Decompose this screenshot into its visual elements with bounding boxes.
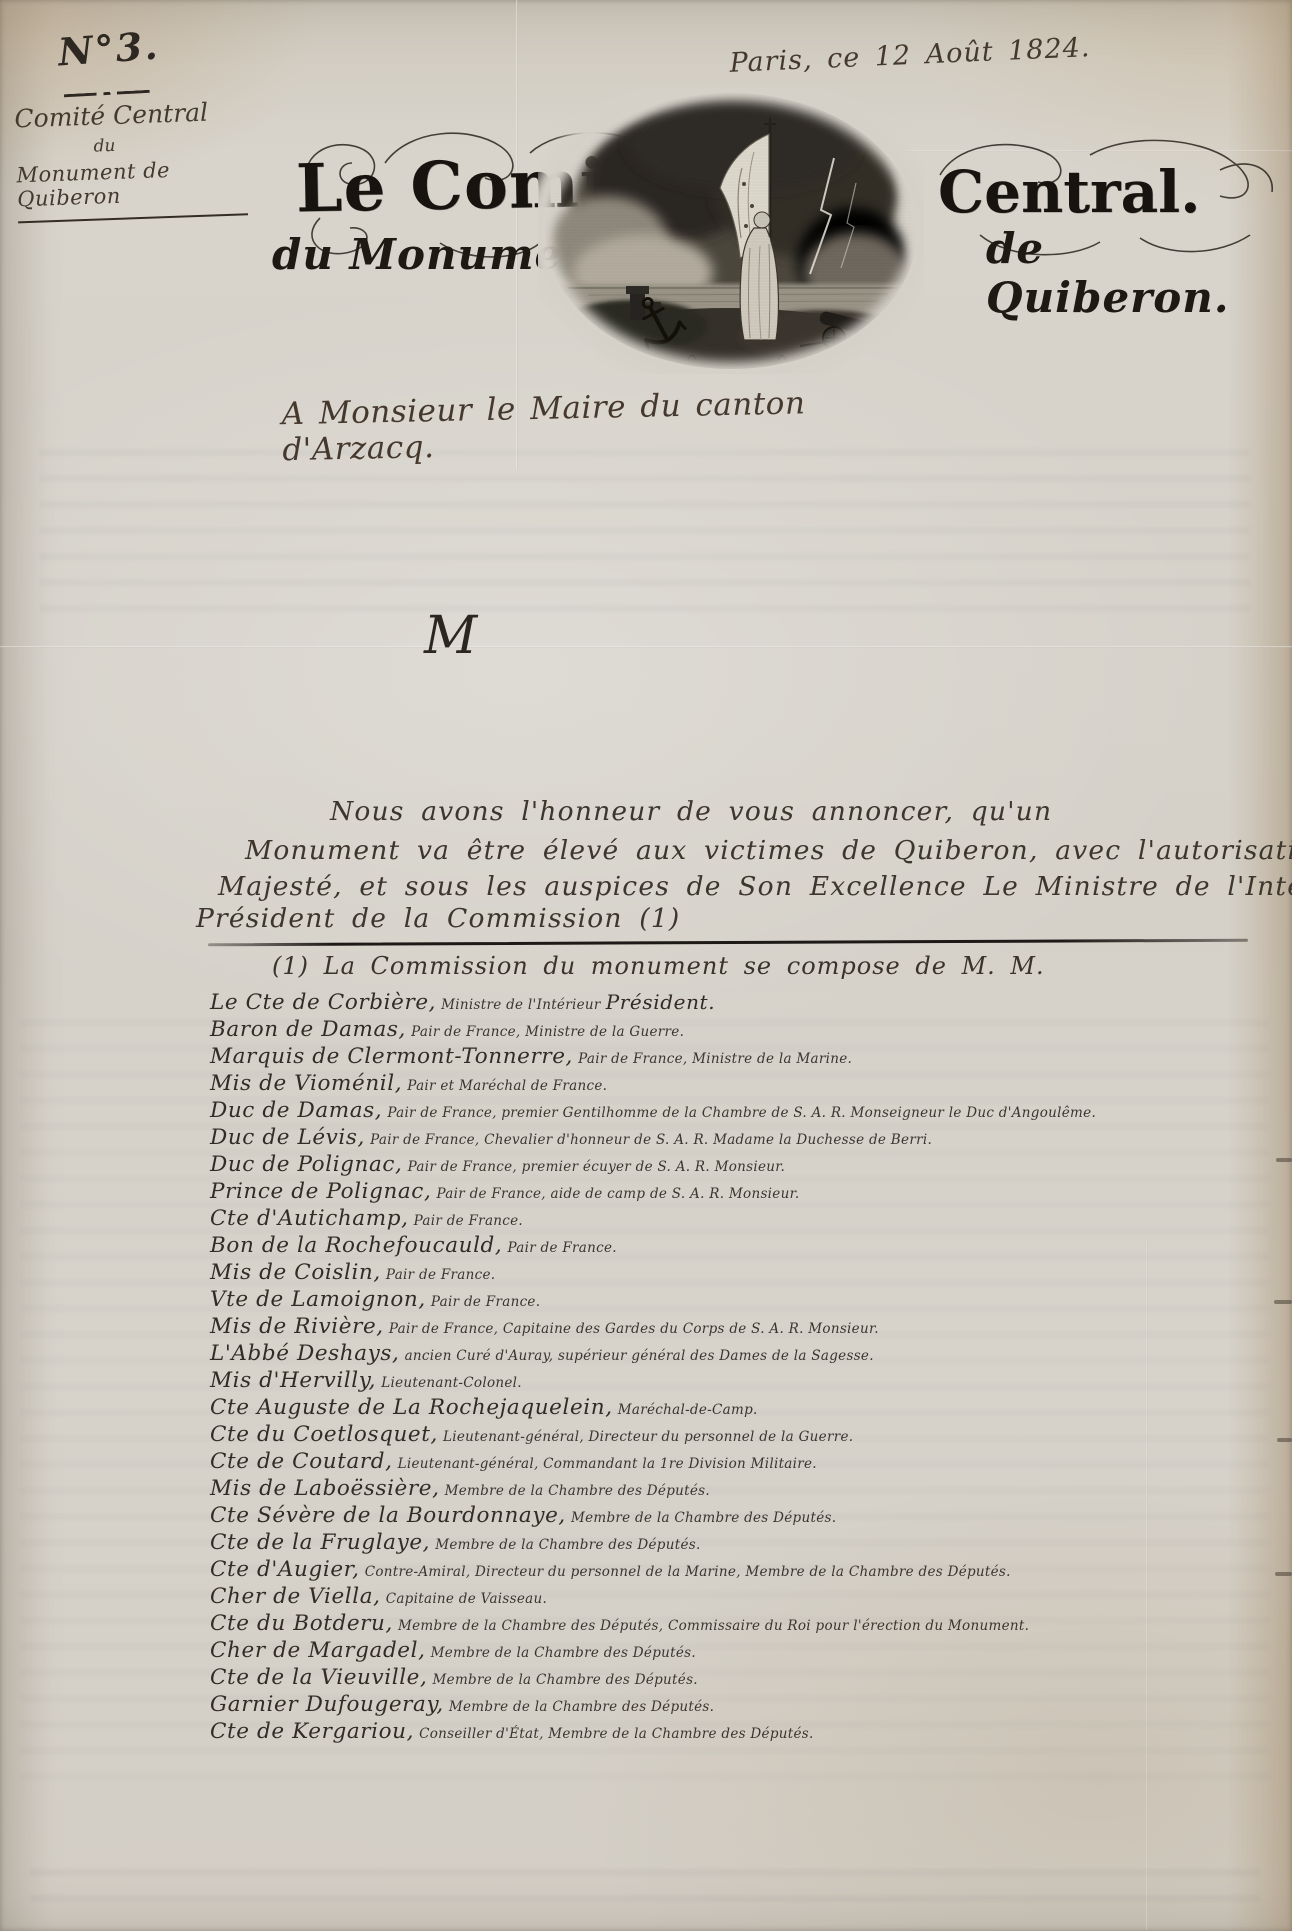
member-name: Mis d'Hervilly, <box>210 1368 376 1393</box>
commission-member-row: Cte de la Fruglaye, Membre de la Chambre… <box>210 1530 1270 1557</box>
body-line-1: Nous avons l'honneur de vous annoncer, q… <box>330 796 1052 827</box>
member-name: Mis de Coislin, <box>210 1260 381 1285</box>
commission-member-row: Mis de Vioménil, Pair et Maréchal de Fra… <box>210 1071 1270 1098</box>
member-name: Cher de Viella, <box>210 1584 381 1609</box>
member-name: Cte de la Vieuville, <box>210 1665 427 1690</box>
commission-member-row: L'Abbé Deshays, ancien Curé d'Auray, sup… <box>210 1341 1270 1368</box>
member-name: Cte Sévère de la Bourdonnaye, <box>210 1503 566 1528</box>
member-title: Membre de la Chambre des Députés. <box>431 1645 696 1661</box>
member-title: Lieutenant-général, Commandant la 1re Di… <box>398 1456 817 1472</box>
member-title: Lieutenant-Colonel. <box>381 1375 522 1391</box>
commission-member-row: Cte du Coetlosquet, Lieutenant-général, … <box>210 1422 1270 1449</box>
commission-member-row: Duc de Damas, Pair de France, premier Ge… <box>210 1098 1270 1125</box>
member-title: Lieutenant-général, Directeur du personn… <box>443 1429 853 1445</box>
commission-member-row: Cte Auguste de La Rochejaquelein, Maréch… <box>210 1395 1270 1422</box>
edge-bleed-mark <box>1276 1158 1292 1162</box>
member-title: Pair de France, Capitaine des Gardes du … <box>389 1321 879 1337</box>
member-title: Membre de la Chambre des Députés, Commis… <box>398 1618 1029 1634</box>
member-title: Pair de France. <box>414 1213 523 1229</box>
member-title: Maréchal-de-Camp. <box>618 1402 758 1418</box>
member-name: Cte Auguste de La Rochejaquelein, <box>210 1395 613 1420</box>
commission-member-row: Bon de la Rochefoucauld, Pair de France. <box>210 1233 1270 1260</box>
member-name: Cte de la Fruglaye, <box>210 1530 430 1555</box>
commission-member-row: Baron de Damas, Pair de France, Ministre… <box>210 1017 1270 1044</box>
dateline: Paris, ce 12 Août 1824. <box>610 27 1211 84</box>
margin-note: Comité Central du Monument de Quiberon <box>14 96 268 224</box>
member-title: Ministre de l'Intérieur <box>441 997 600 1013</box>
margin-note-line1: Comité Central <box>14 96 265 134</box>
commission-member-row: Marquis de Clermont-Tonnerre, Pair de Fr… <box>210 1044 1270 1071</box>
member-name: Baron de Damas, <box>210 1017 406 1042</box>
member-title: Pair de France, aide de camp de S. A. R.… <box>436 1186 799 1202</box>
body-line-2: Monument va être élevé aux victimes de Q… <box>245 835 1292 866</box>
member-title: Conseiller d'État, Membre de la Chambre … <box>419 1726 814 1742</box>
member-title: Pair de France, Ministre de la Marine. <box>578 1051 852 1067</box>
quiberon-vignette-engraving <box>538 88 924 374</box>
member-title: Pair et Maréchal de France. <box>407 1078 607 1094</box>
member-name: Cte d'Augier, <box>210 1557 360 1582</box>
paper-crease-horizontal <box>0 646 1292 648</box>
member-name: Cte de Kergariou, <box>210 1719 414 1744</box>
margin-note-line2: du <box>93 131 266 157</box>
commission-member-row: Cte d'Augier, Contre-Amiral, Directeur d… <box>210 1557 1270 1584</box>
member-name: Garnier Dufougeray, <box>210 1692 444 1717</box>
commission-member-row: Cte du Botderu, Membre de la Chambre des… <box>210 1611 1270 1638</box>
member-name: Cte d'Autichamp, <box>210 1206 409 1231</box>
doc-number: N°3. <box>57 23 161 75</box>
margin-note-line3: Monument de Quiberon <box>16 155 268 212</box>
member-title: Membre de la Chambre des Députés. <box>449 1699 714 1715</box>
member-title: Membre de la Chambre des Députés. <box>571 1510 836 1526</box>
member-title: Membre de la Chambre des Députés. <box>435 1537 700 1553</box>
member-title: Membre de la Chambre des Députés. <box>433 1672 698 1688</box>
member-title: Pair de France. <box>507 1240 616 1256</box>
member-name: Mis de Laboëssière, <box>210 1476 440 1501</box>
member-name: Mis de Vioménil, <box>210 1071 402 1096</box>
member-name: Vte de Lamoignon, <box>210 1287 426 1312</box>
commission-member-row: Le Cte de Corbière, Ministre de l'Intéri… <box>210 990 1270 1017</box>
commission-member-row: Cte de la Vieuville, Membre de la Chambr… <box>210 1665 1270 1692</box>
letterhead-de-quiberon: de Quiberon. <box>986 224 1292 322</box>
edge-bleed-mark <box>1274 1300 1292 1304</box>
letter-page: N°3. Paris, ce 12 Août 1824. Comité Cent… <box>0 0 1292 1931</box>
member-title: Pair de France. <box>386 1267 495 1283</box>
footnote-separator <box>208 939 1248 947</box>
commission-member-row: Duc de Lévis, Pair de France, Chevalier … <box>210 1125 1270 1152</box>
member-name: Mis de Rivière, <box>210 1314 384 1339</box>
member-suffix: Président. <box>606 990 715 1014</box>
member-title: Pair de France, Chevalier d'honneur de S… <box>370 1132 932 1148</box>
commission-member-row: Mis d'Hervilly, Lieutenant-Colonel. <box>210 1368 1270 1395</box>
ink-showthrough-band <box>30 1850 1260 1920</box>
commission-member-row: Vte de Lamoignon, Pair de France. <box>210 1287 1270 1314</box>
member-name: Duc de Damas, <box>210 1098 382 1123</box>
member-name: Cher de Margadel, <box>210 1638 426 1663</box>
commission-member-row: Cte Sévère de la Bourdonnaye, Membre de … <box>210 1503 1270 1530</box>
commission-member-row: Cher de Viella, Capitaine de Vaisseau. <box>210 1584 1270 1611</box>
member-title: Pair de France, premier Gentilhomme de l… <box>387 1105 1096 1121</box>
commission-member-list: Le Cte de Corbière, Ministre de l'Intéri… <box>210 990 1270 1746</box>
member-name: Duc de Polignac, <box>210 1152 402 1177</box>
commission-member-row: Prince de Polignac, Pair de France, aide… <box>210 1179 1270 1206</box>
salutation: M <box>424 606 477 666</box>
commission-member-row: Cte de Coutard, Lieutenant-général, Comm… <box>210 1449 1270 1476</box>
commission-member-row: Mis de Laboëssière, Membre de la Chambre… <box>210 1476 1270 1503</box>
member-title: Membre de la Chambre des Députés. <box>445 1483 710 1499</box>
member-title: ancien Curé d'Auray, supérieur général d… <box>405 1348 874 1364</box>
member-name: Bon de la Rochefoucauld, <box>210 1233 502 1258</box>
address-line: A Monsieur le Maire du canton d'Arzacq. <box>281 384 882 469</box>
member-title: Pair de France. <box>431 1294 540 1310</box>
member-name: L'Abbé Deshays, <box>210 1341 399 1366</box>
commission-member-row: Mis de Coislin, Pair de France. <box>210 1260 1270 1287</box>
member-name: Prince de Polignac, <box>210 1179 431 1204</box>
commission-member-row: Mis de Rivière, Pair de France, Capitain… <box>210 1314 1270 1341</box>
member-name: Cte de Coutard, <box>210 1449 393 1474</box>
member-title: Contre-Amiral, Directeur du personnel de… <box>365 1564 1011 1580</box>
member-name: Cte du Coetlosquet, <box>210 1422 438 1447</box>
edge-bleed-mark <box>1277 1438 1292 1442</box>
commission-member-row: Duc de Polignac, Pair de France, premier… <box>210 1152 1270 1179</box>
commission-member-row: Cte d'Autichamp, Pair de France. <box>210 1206 1270 1233</box>
member-name: Cte du Botderu, <box>210 1611 393 1636</box>
commission-member-row: Cher de Margadel, Membre de la Chambre d… <box>210 1638 1270 1665</box>
member-name: Le Cte de Corbière, <box>210 990 436 1015</box>
commission-member-row: Garnier Dufougeray, Membre de la Chambre… <box>210 1692 1270 1719</box>
margin-note-underline <box>18 213 248 223</box>
body-line-3: Majesté, et sous les auspices de Son Exc… <box>218 871 1292 902</box>
member-title: Pair de France, premier écuyer de S. A. … <box>408 1159 786 1175</box>
member-title: Pair de France, Ministre de la Guerre. <box>411 1024 684 1040</box>
footnote-intro: (1) La Commission du monument se compose… <box>272 952 1045 980</box>
commission-member-row: Cte de Kergariou, Conseiller d'État, Mem… <box>210 1719 1270 1746</box>
member-name: Marquis de Clermont-Tonnerre, <box>210 1044 573 1069</box>
edge-bleed-mark <box>1275 1572 1292 1576</box>
member-title: Capitaine de Vaisseau. <box>386 1591 547 1607</box>
body-line-4: Président de la Commission (1) <box>196 903 680 934</box>
letterhead-central: Central. <box>938 158 1200 226</box>
member-name: Duc de Lévis, <box>210 1125 365 1150</box>
